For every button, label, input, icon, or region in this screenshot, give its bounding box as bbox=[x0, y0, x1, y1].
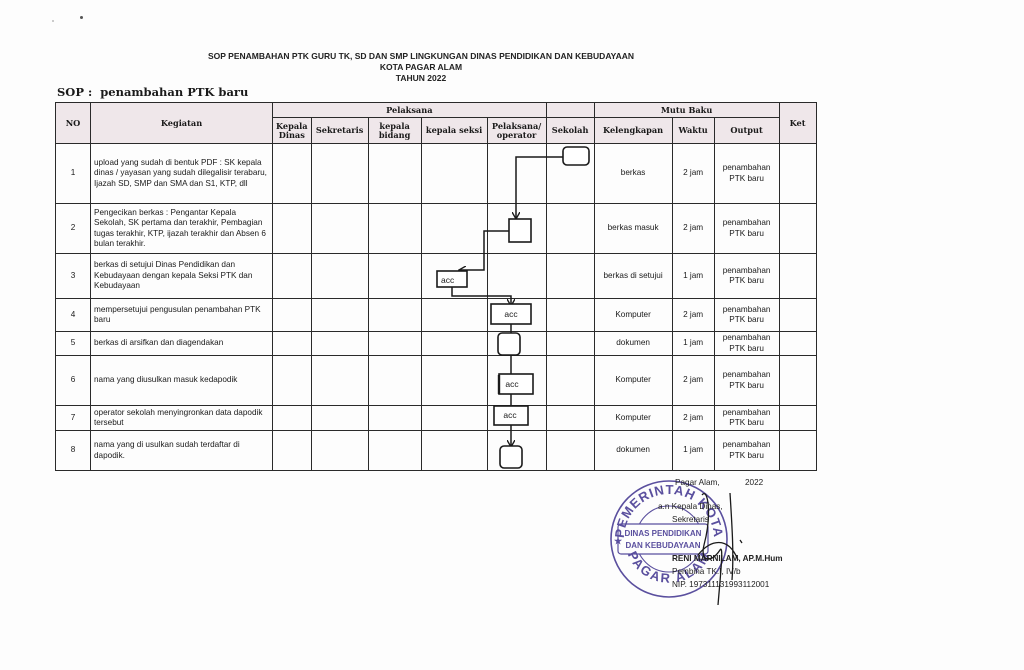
row-waktu: 2 jam bbox=[672, 144, 714, 204]
row-ket bbox=[779, 431, 816, 471]
row-kegiatan: berkas di setujui Dinas Pendidikan dan K… bbox=[91, 254, 273, 299]
header-kegiatan: Kegiatan bbox=[91, 103, 273, 144]
row-kegiatan: mempersetujui pengusulan penambahan PTK … bbox=[91, 299, 273, 332]
cell-kepala-seksi bbox=[421, 254, 487, 299]
header-pelaksana: Pelaksana bbox=[273, 103, 547, 118]
sop-title: penambahan PTK baru bbox=[100, 85, 248, 99]
row-ket bbox=[779, 204, 816, 254]
header-mutu-baku: Mutu Baku bbox=[594, 103, 779, 118]
table-row: 2Pengecikan berkas : Pengantar Kepala Se… bbox=[56, 204, 817, 254]
header-kepala-seksi: kepala seksi bbox=[421, 118, 487, 144]
cell-kepala-dinas bbox=[273, 332, 312, 356]
cell-operator bbox=[487, 299, 546, 332]
row-output: penambahan PTK baru bbox=[714, 356, 779, 406]
header-kelengkapan: Kelengkapan bbox=[594, 118, 672, 144]
header-no: NO bbox=[56, 103, 91, 144]
cell-kepala-dinas bbox=[273, 356, 312, 406]
row-kegiatan: Pengecikan berkas : Pengantar Kepala Sek… bbox=[91, 204, 273, 254]
cell-kepala-seksi bbox=[421, 356, 487, 406]
cell-kepala-seksi bbox=[421, 299, 487, 332]
cell-kepala-seksi bbox=[421, 332, 487, 356]
table-row: 6nama yang diusulkan masuk kedapodikKomp… bbox=[56, 356, 817, 406]
row-number: 2 bbox=[56, 204, 91, 254]
cell-operator bbox=[487, 144, 546, 204]
row-waktu: 2 jam bbox=[672, 299, 714, 332]
row-output: penambahan PTK baru bbox=[714, 332, 779, 356]
cell-kepala-dinas bbox=[273, 254, 312, 299]
cell-sekretaris bbox=[311, 299, 368, 332]
cell-sekretaris bbox=[311, 406, 368, 431]
row-output: penambahan PTK baru bbox=[714, 431, 779, 471]
table-row: 8nama yang di usulkan sudah terdaftar di… bbox=[56, 431, 817, 471]
header-waktu: Waktu bbox=[672, 118, 714, 144]
row-output: penambahan PTK baru bbox=[714, 144, 779, 204]
row-kelengkapan: dokumen bbox=[594, 332, 672, 356]
cell-kepala-dinas bbox=[273, 406, 312, 431]
row-waktu: 1 jam bbox=[672, 332, 714, 356]
cell-kepala-seksi bbox=[421, 431, 487, 471]
sop-table: NO Kegiatan Pelaksana Mutu Baku Ket Kepa… bbox=[55, 102, 817, 471]
document-subtitle-year: TAHUN 2022 bbox=[0, 73, 842, 83]
row-waktu: 2 jam bbox=[672, 356, 714, 406]
cell-kepala-dinas bbox=[273, 144, 312, 204]
header-blank bbox=[546, 103, 594, 118]
row-number: 6 bbox=[56, 356, 91, 406]
row-number: 4 bbox=[56, 299, 91, 332]
cell-kepala-bidang bbox=[368, 254, 421, 299]
row-kelengkapan: berkas masuk bbox=[594, 204, 672, 254]
cell-sekretaris bbox=[311, 332, 368, 356]
row-kegiatan: nama yang diusulkan masuk kedapodik bbox=[91, 356, 273, 406]
cell-sekretaris bbox=[311, 356, 368, 406]
table-row: 1upload yang sudah di bentuk PDF : SK ke… bbox=[56, 144, 817, 204]
row-ket bbox=[779, 299, 816, 332]
scan-speck bbox=[80, 16, 83, 19]
table-row: 4mempersetujui pengusulan penambahan PTK… bbox=[56, 299, 817, 332]
cell-sekolah bbox=[546, 431, 594, 471]
row-output: penambahan PTK baru bbox=[714, 204, 779, 254]
cell-sekolah bbox=[546, 332, 594, 356]
cell-kepala-seksi bbox=[421, 204, 487, 254]
cell-kepala-seksi bbox=[421, 406, 487, 431]
header-kepala-bidang: kepala bidang bbox=[368, 118, 421, 144]
header-kepala-dinas: Kepala Dinas bbox=[273, 118, 312, 144]
row-kegiatan: upload yang sudah di bentuk PDF : SK kep… bbox=[91, 144, 273, 204]
scan-speck bbox=[52, 20, 54, 22]
row-waktu: 2 jam bbox=[672, 406, 714, 431]
handwritten-signature bbox=[680, 485, 750, 610]
cell-sekolah bbox=[546, 144, 594, 204]
cell-operator bbox=[487, 204, 546, 254]
row-kelengkapan: Komputer bbox=[594, 406, 672, 431]
document-subtitle-city: KOTA PAGAR ALAM bbox=[0, 62, 842, 72]
cell-kepala-seksi bbox=[421, 144, 487, 204]
row-kegiatan: berkas di arsifkan dan diagendakan bbox=[91, 332, 273, 356]
row-number: 1 bbox=[56, 144, 91, 204]
header-ket: Ket bbox=[779, 103, 816, 144]
row-output: penambahan PTK baru bbox=[714, 254, 779, 299]
cell-sekretaris bbox=[311, 204, 368, 254]
row-number: 5 bbox=[56, 332, 91, 356]
row-output: penambahan PTK baru bbox=[714, 299, 779, 332]
cell-sekretaris bbox=[311, 254, 368, 299]
row-ket bbox=[779, 356, 816, 406]
cell-kepala-bidang bbox=[368, 204, 421, 254]
row-waktu: 1 jam bbox=[672, 431, 714, 471]
cell-kepala-bidang bbox=[368, 406, 421, 431]
cell-operator bbox=[487, 356, 546, 406]
cell-kepala-bidang bbox=[368, 144, 421, 204]
row-kelengkapan: berkas bbox=[594, 144, 672, 204]
cell-sekolah bbox=[546, 356, 594, 406]
row-waktu: 2 jam bbox=[672, 204, 714, 254]
row-number: 3 bbox=[56, 254, 91, 299]
row-ket bbox=[779, 144, 816, 204]
cell-sekolah bbox=[546, 299, 594, 332]
cell-operator bbox=[487, 431, 546, 471]
row-waktu: 1 jam bbox=[672, 254, 714, 299]
cell-sekretaris bbox=[311, 144, 368, 204]
row-kelengkapan: Komputer bbox=[594, 356, 672, 406]
cell-sekretaris bbox=[311, 431, 368, 471]
svg-text:★: ★ bbox=[614, 536, 623, 546]
row-ket bbox=[779, 332, 816, 356]
cell-kepala-dinas bbox=[273, 204, 312, 254]
cell-operator bbox=[487, 406, 546, 431]
table-row: 5berkas di arsifkan dan diagendakandokum… bbox=[56, 332, 817, 356]
document-title: SOP PENAMBAHAN PTK GURU TK, SD DAN SMP L… bbox=[0, 51, 842, 61]
sop-heading: SOP :penambahan PTK baru bbox=[57, 85, 248, 99]
cell-operator bbox=[487, 332, 546, 356]
table-row: 3berkas di setujui Dinas Pendidikan dan … bbox=[56, 254, 817, 299]
header-sekretaris: Sekretaris bbox=[311, 118, 368, 144]
row-ket bbox=[779, 254, 816, 299]
row-number: 8 bbox=[56, 431, 91, 471]
row-kelengkapan: berkas di setujui bbox=[594, 254, 672, 299]
cell-sekolah bbox=[546, 406, 594, 431]
cell-kepala-dinas bbox=[273, 431, 312, 471]
cell-kepala-dinas bbox=[273, 299, 312, 332]
row-number: 7 bbox=[56, 406, 91, 431]
row-kelengkapan: Komputer bbox=[594, 299, 672, 332]
cell-kepala-bidang bbox=[368, 332, 421, 356]
header-output: Output bbox=[714, 118, 779, 144]
header-operator: Pelaksana/ operator bbox=[487, 118, 546, 144]
row-kegiatan: nama yang di usulkan sudah terdaftar di … bbox=[91, 431, 273, 471]
row-kelengkapan: dokumen bbox=[594, 431, 672, 471]
row-ket bbox=[779, 406, 816, 431]
cell-kepala-bidang bbox=[368, 431, 421, 471]
row-kegiatan: operator sekolah menyingronkan data dapo… bbox=[91, 406, 273, 431]
cell-sekolah bbox=[546, 204, 594, 254]
cell-kepala-bidang bbox=[368, 299, 421, 332]
cell-operator bbox=[487, 254, 546, 299]
row-output: penambahan PTK baru bbox=[714, 406, 779, 431]
cell-sekolah bbox=[546, 254, 594, 299]
header-sekolah: Sekolah bbox=[546, 118, 594, 144]
cell-kepala-bidang bbox=[368, 356, 421, 406]
table-row: 7operator sekolah menyingronkan data dap… bbox=[56, 406, 817, 431]
sop-label: SOP : bbox=[57, 85, 92, 99]
